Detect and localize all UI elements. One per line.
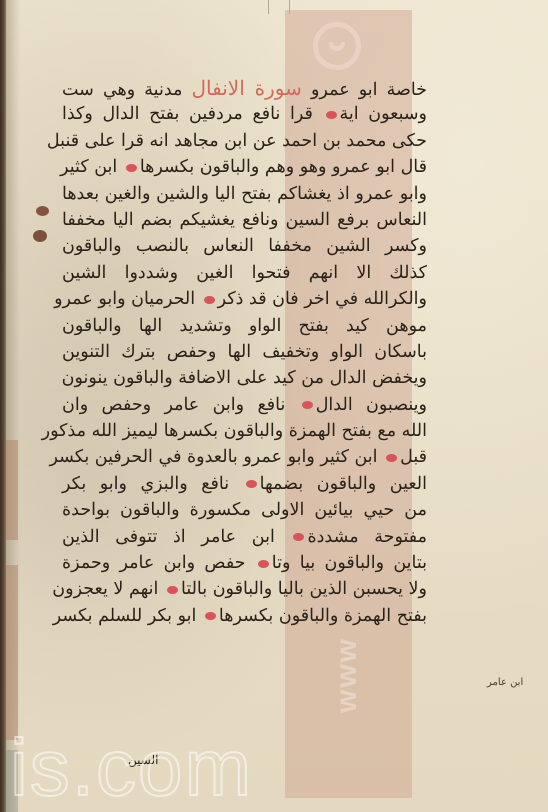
ink-blot	[33, 230, 47, 242]
line-text: مدنية وهي ست	[62, 80, 191, 100]
text-line: وسبعون اية قرا نافع مردفين بفتح الدال وك…	[62, 101, 427, 127]
watermark-bottom-text: is.com	[10, 728, 253, 808]
text-line: قال ابو عمرو وهو وهم والباقون بكسرها ابن…	[62, 154, 427, 180]
verse-marker-icon	[167, 586, 178, 594]
verse-marker-icon	[126, 164, 137, 172]
margin-note: ابن عامر	[487, 677, 523, 688]
edge-stain	[6, 440, 18, 540]
verse-marker-icon	[205, 612, 216, 620]
manuscript-page: خاصة ابو عمرو سورة الانفال مدنية وهي ست …	[0, 0, 548, 812]
line-text: وينصبون الدال	[316, 395, 427, 415]
line-text: ابن عامر اذ تتوفى الذين	[62, 527, 290, 547]
verse-marker-icon	[204, 296, 215, 304]
line-text: قرا نافع مردفين بفتح الدال وكذا	[62, 104, 323, 124]
text-line: ويخفض الدال من كيد على الاضافة والباقون …	[62, 365, 427, 391]
text-line: الله مع بفتح الهمزة والباقون بكسرها ليمي…	[62, 418, 427, 444]
text-line: وابو عمرو اذ يغشاكم بفتح اليا والشين وال…	[62, 181, 427, 207]
line-text: ابو بكر للسلم بكسر	[53, 606, 202, 626]
line-text: حفص وابن عامر وحمزة	[62, 553, 255, 573]
watermark-vertical-text: www	[330, 560, 360, 790]
folio-mark	[268, 0, 290, 14]
line-text: قبل	[400, 447, 427, 467]
line-text: بفتح الهمزة والباقون بكسرها	[219, 606, 427, 626]
line-text: مفتوحة مشددة	[307, 527, 427, 547]
ink-blot	[36, 206, 49, 216]
text-line: العين والباقون بضمها نافع والبزي وابو بك…	[62, 471, 427, 497]
line-text: خاصة ابو عمرو	[302, 80, 427, 100]
text-line: من حيي بيائين الاولى مكسورة والباقون بوا…	[62, 497, 427, 523]
line-text: والكرالله في اخر فان قد ذكر	[218, 289, 427, 309]
verse-marker-icon	[258, 560, 269, 568]
text-line: حكى محمد بن احمد عن ابن مجاهد انه قرا عل…	[62, 128, 427, 154]
text-line: موهن كيد بفتح الواو وتشديد الها والباقون	[62, 313, 427, 339]
verse-marker-icon	[293, 533, 304, 541]
text-line: خاصة ابو عمرو سورة الانفال مدنية وهي ست	[62, 75, 427, 101]
verse-marker-icon	[302, 401, 313, 409]
text-line: ولا يحسبن الذين باليا والباقون بالتا انه…	[62, 576, 427, 602]
text-line: قبل ابن كثير وابو عمرو بالعدوة في الحرفي…	[62, 444, 427, 470]
edge-stain	[6, 565, 18, 740]
verse-marker-icon	[326, 111, 337, 119]
manuscript-text-block: خاصة ابو عمرو سورة الانفال مدنية وهي ست …	[62, 75, 427, 629]
line-text: العين والباقون بضمها	[260, 474, 427, 494]
text-line: كذلك الا انهم فتحوا الغين وشددوا الشين	[62, 260, 427, 286]
text-line: بفتح الهمزة والباقون بكسرها ابو بكر للسل…	[62, 603, 427, 629]
line-text: نافع والبزي وابو بكر	[62, 474, 243, 494]
text-line: بتاين والباقون بيا وتا حفص وابن عامر وحم…	[62, 550, 427, 576]
text-line: وكسر الشين مخففا النعاس بالنصب والباقون	[62, 233, 427, 259]
text-line: مفتوحة مشددة ابن عامر اذ تتوفى الذين	[62, 524, 427, 550]
line-text: وسبعون اية	[340, 104, 428, 124]
text-line: وينصبون الدال نافع وابن عامر وحفص وان	[62, 392, 427, 418]
verse-marker-icon	[386, 454, 397, 462]
line-text: انهم لا يعجزون	[52, 579, 164, 599]
line-text: ولا يحسبن الذين باليا والباقون بالتا	[181, 579, 427, 599]
line-text: ابن كثير وابو عمرو بالعدوة في الحرفين بك…	[49, 447, 383, 467]
text-line: باسكان الواو وتخفيف الها وحفص بترك التنو…	[62, 339, 427, 365]
surah-heading: سورة الانفال	[191, 76, 301, 100]
line-text: نافع وابن عامر وحفص وان	[62, 395, 299, 415]
text-line: النعاس برفع السين ونافع يغشيكم بضم اليا …	[62, 207, 427, 233]
line-text: قال ابو عمرو وهو وهم والباقون بكسرها	[140, 157, 427, 177]
line-text: الحرميان وابو عمرو	[54, 289, 201, 309]
text-line: والكرالله في اخر فان قد ذكر الحرميان واب…	[62, 286, 427, 312]
watermark-logo-icon	[313, 22, 361, 70]
verse-marker-icon	[246, 480, 257, 488]
line-text: ابن كثير	[60, 157, 123, 177]
